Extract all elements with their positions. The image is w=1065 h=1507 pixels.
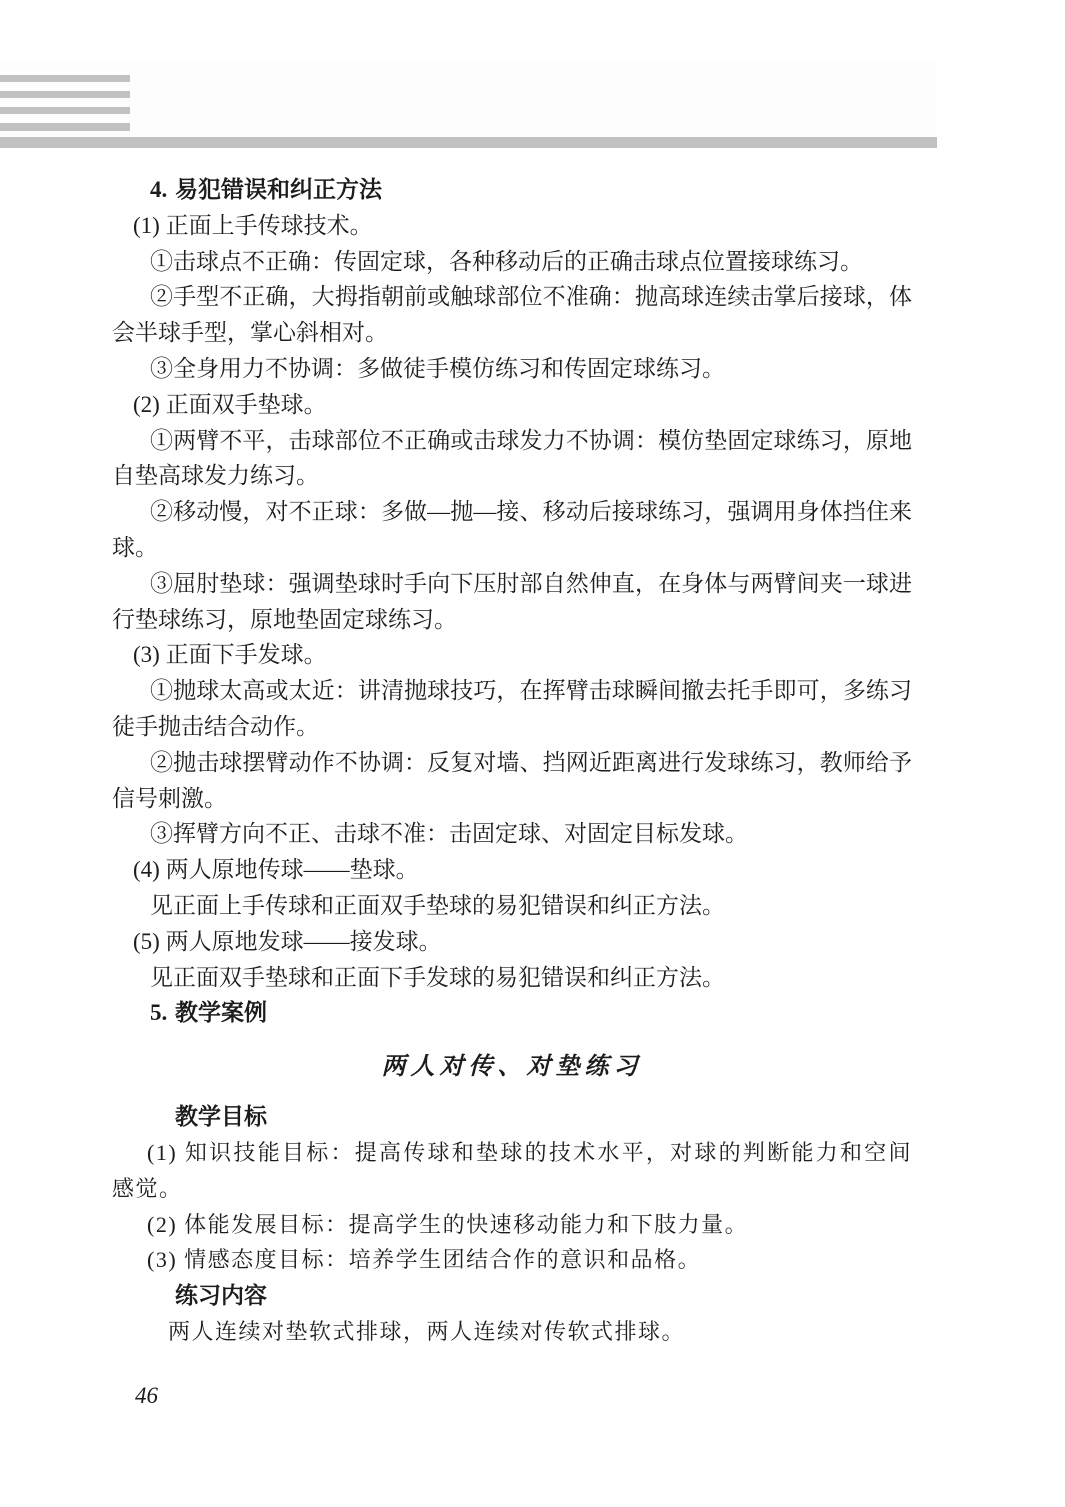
- body-paragraph: ③屈肘垫球：强调垫球时手向下压肘部自然伸直，在身体与两臂间夹一球进行垫球练习，原…: [112, 566, 912, 638]
- practice-content-heading: 练习内容: [112, 1278, 912, 1314]
- section-4-heading: 4.易犯错误和纠正方法: [112, 172, 912, 208]
- header-stripe-2: [0, 91, 130, 98]
- header-stripe-4: [0, 123, 130, 131]
- teaching-goals-heading: 教学目标: [112, 1099, 912, 1135]
- body-paragraph: (5) 两人原地发球——接发球。: [112, 924, 912, 960]
- body-paragraph: 见正面上手传球和正面双手垫球的易犯错误和纠正方法。: [112, 888, 912, 924]
- goal-paragraph: (1) 知识技能目标：提高传球和垫球的技术水平，对球的判断能力和空间感觉。: [112, 1135, 912, 1207]
- page-content: 4.易犯错误和纠正方法 (1) 正面上手传球技术。 ①击球点不正确：传固定球，各…: [112, 172, 912, 1350]
- header-rule-bar: [0, 137, 937, 148]
- goal-paragraph: (3) 情感态度目标：培养学生团结合作的意识和品格。: [112, 1242, 912, 1278]
- practice-paragraph: 两人连续对垫软式排球，两人连续对传软式排球。: [112, 1314, 912, 1350]
- body-paragraph: ③全身用力不协调：多做徒手模仿练习和传固定球练习。: [112, 351, 912, 387]
- section-5-heading: 5.教学案例: [112, 995, 912, 1031]
- header-tint-panel: [0, 62, 937, 137]
- section-4-number: 4.: [150, 172, 175, 208]
- body-paragraph: ②移动慢，对不正球：多做—抛—接、移动后接球练习，强调用身体挡住来球。: [112, 494, 912, 566]
- body-paragraph: ①击球点不正确：传固定球，各种移动后的正确击球点位置接球练习。: [112, 244, 912, 280]
- body-paragraph: (4) 两人原地传球——垫球。: [112, 852, 912, 888]
- body-paragraph: (3) 正面下手发球。: [112, 637, 912, 673]
- body-paragraph: (2) 正面双手垫球。: [112, 387, 912, 423]
- body-paragraph: ②手型不正确，大拇指朝前或触球部位不准确：抛高球连续击掌后接球，体会半球手型，掌…: [112, 279, 912, 351]
- body-paragraph: ③挥臂方向不正、击球不准：击固定球、对固定目标发球。: [112, 816, 912, 852]
- body-paragraph: ②抛击球摆臂动作不协调：反复对墙、挡网近距离进行发球练习，教师给予信号刺激。: [112, 745, 912, 817]
- case-study-title: 两人对传、对垫练习: [112, 1049, 912, 1085]
- body-paragraph: ①抛球太高或太近：讲清抛球技巧，在挥臂击球瞬间撤去托手即可，多练习徒手抛击结合动…: [112, 673, 912, 745]
- section-4-title: 易犯错误和纠正方法: [175, 176, 382, 202]
- header-stripe-3: [0, 107, 130, 114]
- goal-paragraph: (2) 体能发展目标：提高学生的快速移动能力和下肢力量。: [112, 1207, 912, 1243]
- body-paragraph: 见正面双手垫球和正面下手发球的易犯错误和纠正方法。: [112, 960, 912, 996]
- document-page: 4.易犯错误和纠正方法 (1) 正面上手传球技术。 ①击球点不正确：传固定球，各…: [0, 0, 1065, 1507]
- page-number: 46: [135, 1383, 158, 1409]
- body-paragraph: (1) 正面上手传球技术。: [112, 208, 912, 244]
- header-stripe-1: [0, 75, 130, 82]
- section-5-title: 教学案例: [175, 999, 267, 1025]
- section-5-number: 5.: [150, 995, 175, 1031]
- body-paragraph: ①两臂不平，击球部位不正确或击球发力不协调：模仿垫固定球练习，原地自垫高球发力练…: [112, 423, 912, 495]
